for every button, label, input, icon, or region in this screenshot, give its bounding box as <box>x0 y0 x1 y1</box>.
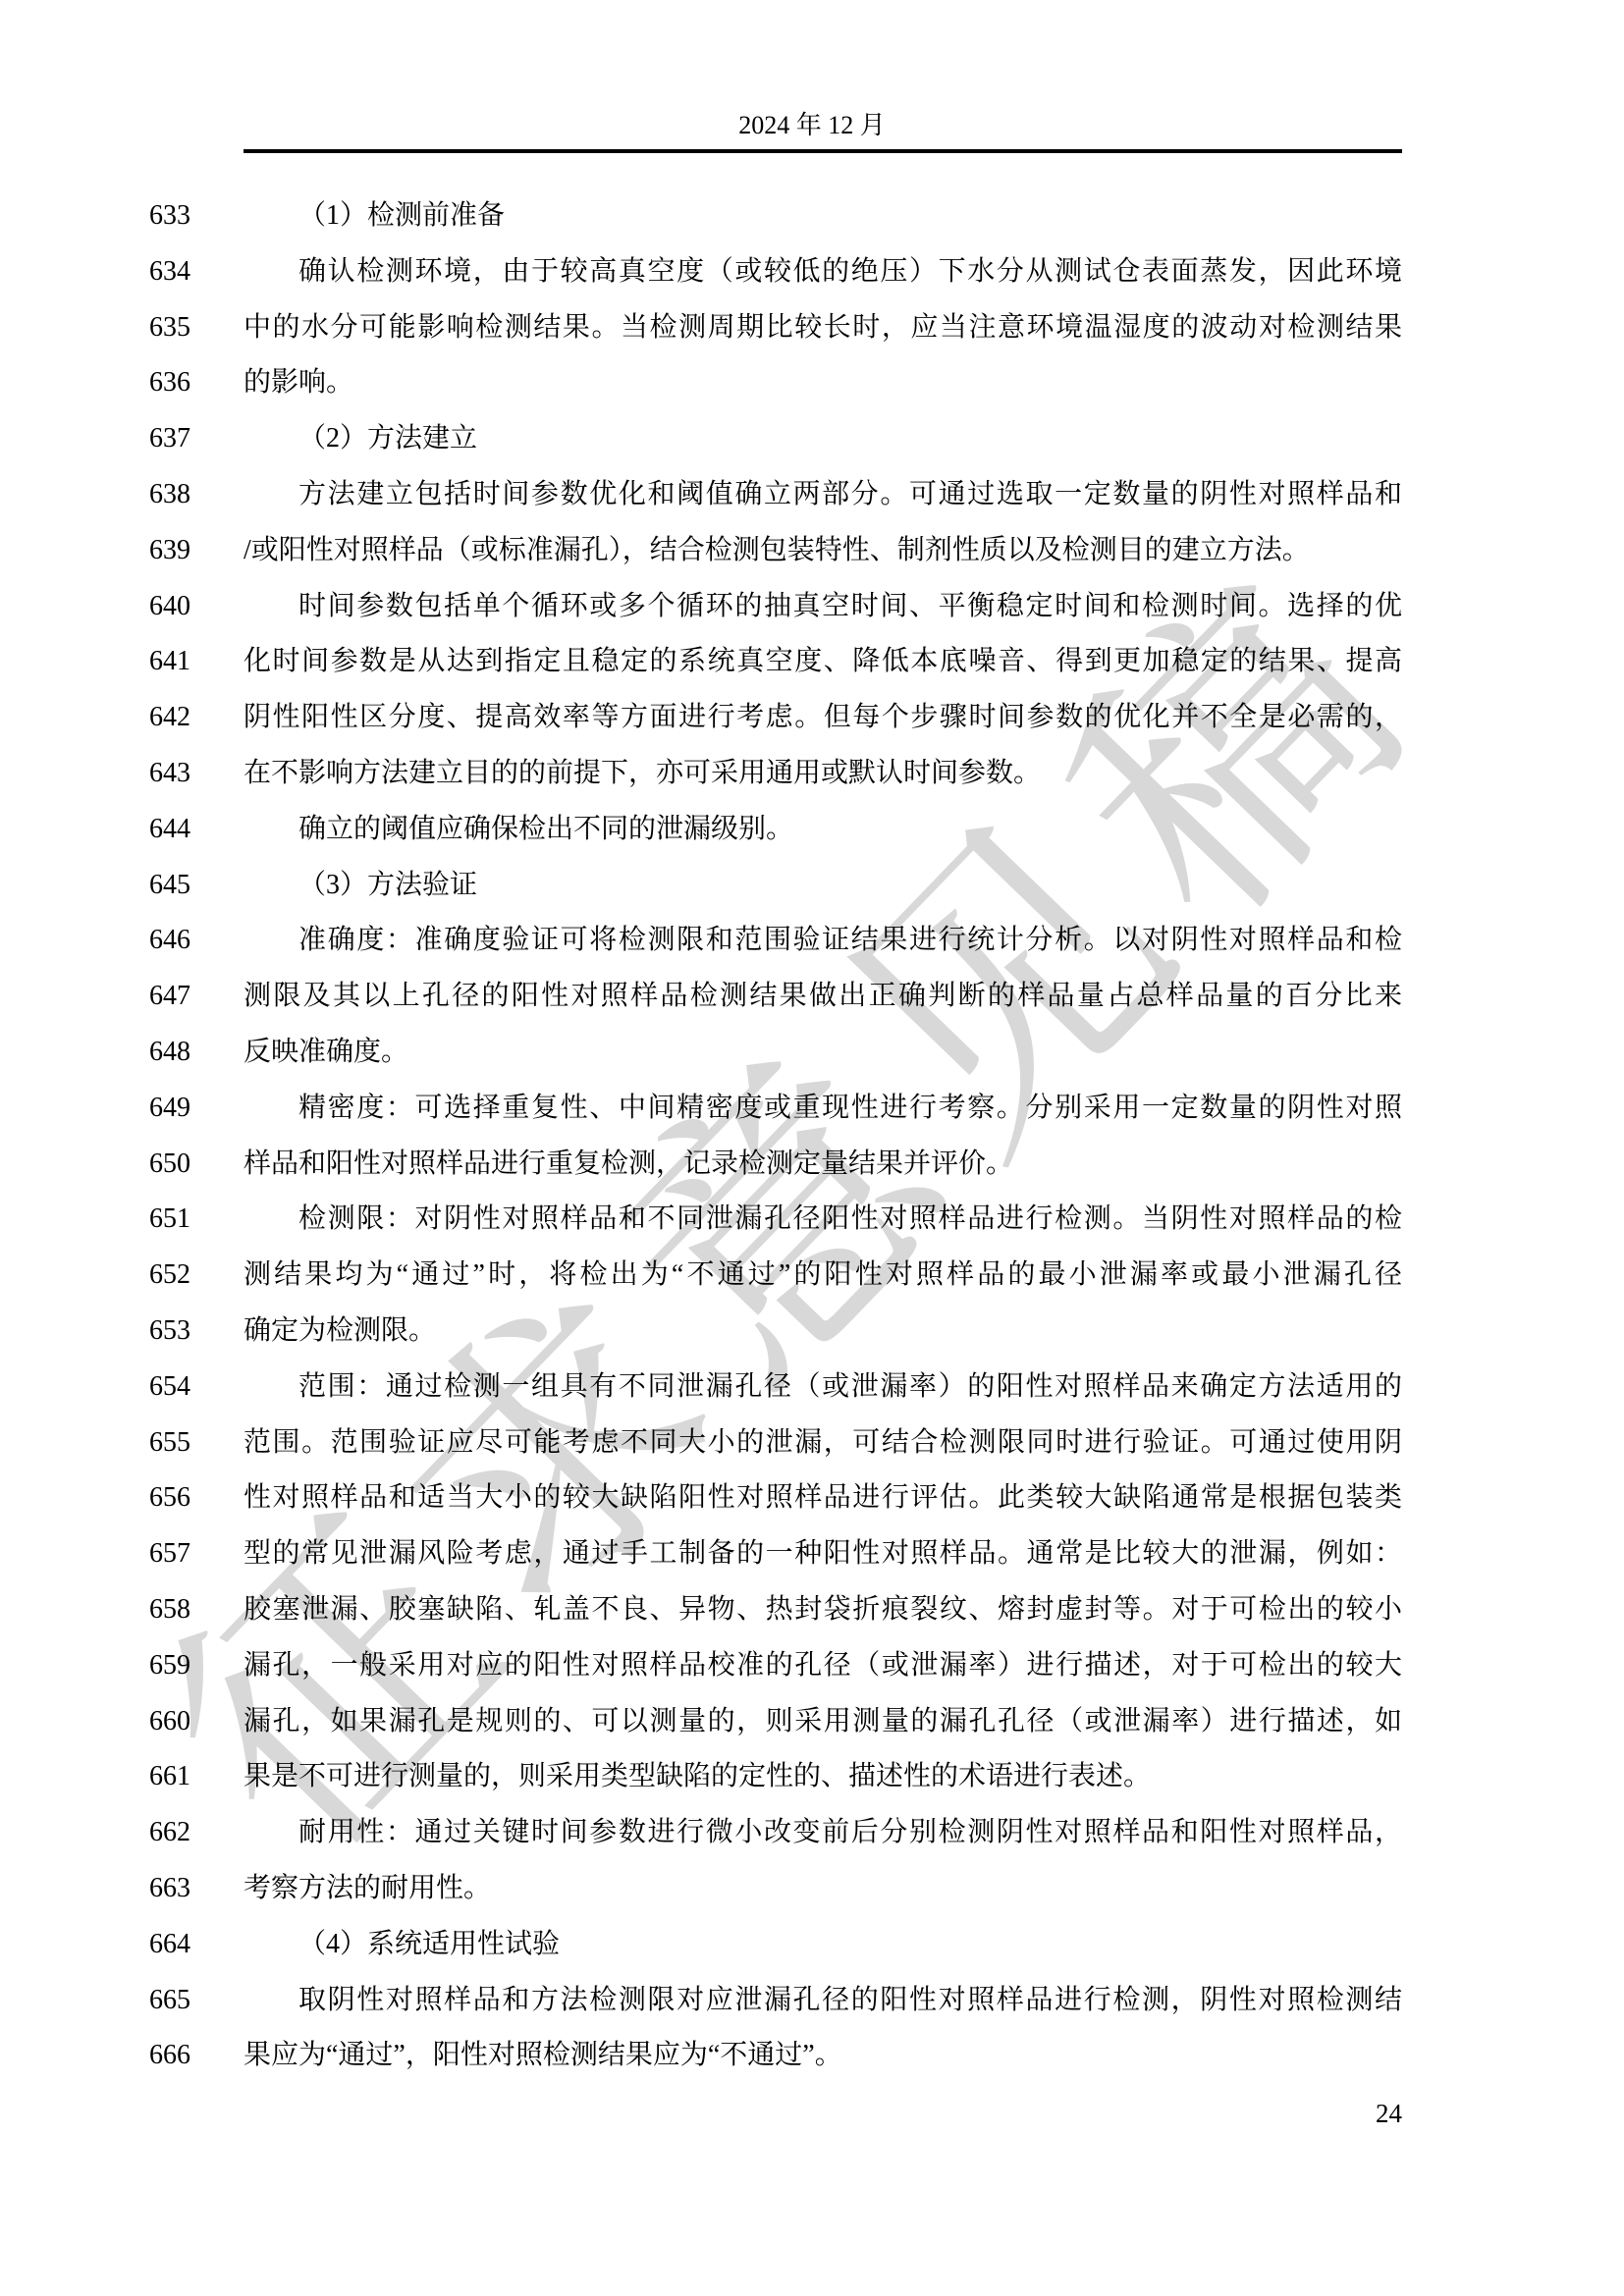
text-line: 640时间参数包括单个循环或多个循环的抽真空时间、平衡稳定时间和检测时间。选择的… <box>0 579 1624 635</box>
line-number: 656 <box>149 1470 190 1526</box>
line-number: 665 <box>149 1973 190 2029</box>
page-number: 24 <box>244 2099 1402 2129</box>
line-number: 654 <box>149 1360 190 1415</box>
text-line: 641化时间参数是从达到指定且稳定的系统真空度、降低本底噪音、得到更加稳定的结果… <box>0 634 1624 690</box>
line-number: 660 <box>149 1694 190 1750</box>
document-body: 633（1）检测前准备634确认检测环境，由于较高真空度（或较低的绝压）下水分从… <box>0 188 1624 2084</box>
line-number: 666 <box>149 2028 190 2084</box>
text-line: 662耐用性：通过关键时间参数进行微小改变前后分别检测阴性对照样品和阳性对照样品… <box>0 1805 1624 1861</box>
text-line: 651检测限：对阴性对照样品和不同泄漏孔径阳性对照样品进行检测。当阴性对照样品的… <box>0 1192 1624 1248</box>
line-text: 型的常见泄漏风险考虑，通过手工制备的一种阳性对照样品。通常是比较大的泄漏，例如： <box>244 1526 1402 1582</box>
line-text: 范围：通过检测一组具有不同泄漏孔径（或泄漏率）的阳性对照样品来确定方法适用的 <box>244 1360 1402 1415</box>
text-line: 646准确度：准确度验证可将检测限和范围验证结果进行统计分析。以对阴性对照样品和… <box>0 913 1624 969</box>
line-number: 661 <box>149 1749 190 1805</box>
text-line: 659漏孔，一般采用对应的阳性对照样品校准的孔径（或泄漏率）进行描述，对于可检出… <box>0 1638 1624 1694</box>
text-line: 635中的水分可能影响检测结果。当检测周期比较长时，应当注意环境温湿度的波动对检… <box>0 300 1624 356</box>
line-number: 664 <box>149 1917 190 1973</box>
line-text: 反映准确度。 <box>244 1025 1402 1081</box>
line-text: 考察方法的耐用性。 <box>244 1861 1402 1917</box>
text-line: 650样品和阳性对照样品进行重复检测，记录检测定量结果并评价。 <box>0 1137 1624 1193</box>
line-number: 648 <box>149 1025 190 1081</box>
line-text: 方法建立包括时间参数优化和阈值确立两部分。可通过选取一定数量的阴性对照样品和 <box>244 467 1402 523</box>
text-line: 649精密度：可选择重复性、中间精密度或重现性进行考察。分别采用一定数量的阴性对… <box>0 1081 1624 1137</box>
text-line: 656性对照样品和适当大小的较大缺陷阳性对照样品进行评估。此类较大缺陷通常是根据… <box>0 1470 1624 1526</box>
line-text: 胶塞泄漏、胶塞缺陷、轧盖不良、异物、热封袋折痕裂纹、熔封虚封等。对于可检出的较小 <box>244 1582 1402 1638</box>
line-number: 644 <box>149 802 190 858</box>
line-number: 645 <box>149 858 190 914</box>
line-number: 653 <box>149 1304 190 1360</box>
line-number: 657 <box>149 1526 190 1582</box>
line-text: 果是不可进行测量的，则采用类型缺陷的定性的、描述性的术语进行表述。 <box>244 1749 1402 1805</box>
text-line: 647测限及其以上孔径的阳性对照样品检测结果做出正确判断的样品量占总样品量的百分… <box>0 969 1624 1025</box>
line-number: 635 <box>149 300 190 356</box>
line-text: 样品和阳性对照样品进行重复检测，记录检测定量结果并评价。 <box>244 1137 1402 1193</box>
text-line: 657型的常见泄漏风险考虑，通过手工制备的一种阳性对照样品。通常是比较大的泄漏，… <box>0 1526 1624 1582</box>
line-number: 655 <box>149 1415 190 1471</box>
text-line: 661果是不可进行测量的，则采用类型缺陷的定性的、描述性的术语进行表述。 <box>0 1749 1624 1805</box>
line-number: 639 <box>149 523 190 579</box>
line-number: 663 <box>149 1861 190 1917</box>
line-text: 漏孔，一般采用对应的阳性对照样品校准的孔径（或泄漏率）进行描述，对于可检出的较大 <box>244 1638 1402 1694</box>
line-text: 范围。范围验证应尽可能考虑不同大小的泄漏，可结合检测限同时进行验证。可通过使用阴 <box>244 1415 1402 1471</box>
line-text: （3）方法验证 <box>244 858 1402 914</box>
line-number: 640 <box>149 579 190 635</box>
text-line: 645（3）方法验证 <box>0 858 1624 914</box>
line-text: 化时间参数是从达到指定且稳定的系统真空度、降低本底噪音、得到更加稳定的结果、提高 <box>244 634 1402 690</box>
line-number: 637 <box>149 411 190 467</box>
line-number: 638 <box>149 467 190 523</box>
line-text: 精密度：可选择重复性、中间精密度或重现性进行考察。分别采用一定数量的阴性对照 <box>244 1081 1402 1137</box>
text-line: 665取阴性对照样品和方法检测限对应泄漏孔径的阳性对照样品进行检测，阴性对照检测… <box>0 1973 1624 2029</box>
text-line: 637（2）方法建立 <box>0 411 1624 467</box>
line-text: 时间参数包括单个循环或多个循环的抽真空时间、平衡稳定时间和检测时间。选择的优 <box>244 579 1402 635</box>
line-number: 646 <box>149 913 190 969</box>
text-line: 660漏孔，如果漏孔是规则的、可以测量的，则采用测量的漏孔孔径（或泄漏率）进行描… <box>0 1694 1624 1750</box>
text-line: 633（1）检测前准备 <box>0 188 1624 244</box>
line-text: （2）方法建立 <box>244 411 1402 467</box>
line-text: 阴性阳性区分度、提高效率等方面进行考虑。但每个步骤时间参数的优化并不全是必需的， <box>244 690 1402 746</box>
line-number: 659 <box>149 1638 190 1694</box>
text-line: 663考察方法的耐用性。 <box>0 1861 1624 1917</box>
text-line: 664（4）系统适用性试验 <box>0 1917 1624 1973</box>
line-number: 658 <box>149 1582 190 1638</box>
line-number: 650 <box>149 1137 190 1193</box>
line-text: 检测限：对阴性对照样品和不同泄漏孔径阳性对照样品进行检测。当阴性对照样品的检 <box>244 1192 1402 1248</box>
line-number: 647 <box>149 969 190 1025</box>
header-rule <box>244 149 1402 153</box>
text-line: 652测结果均为“通过”时，将检出为“不通过”的阳性对照样品的最小泄漏率或最小泄… <box>0 1248 1624 1304</box>
line-text: 漏孔，如果漏孔是规则的、可以测量的，则采用测量的漏孔孔径（或泄漏率）进行描述，如 <box>244 1694 1402 1750</box>
text-line: 634确认检测环境，由于较高真空度（或较低的绝压）下水分从测试仓表面蒸发，因此环… <box>0 244 1624 300</box>
text-line: 636的影响。 <box>0 355 1624 411</box>
line-number: 643 <box>149 746 190 802</box>
line-text: 确认检测环境，由于较高真空度（或较低的绝压）下水分从测试仓表面蒸发，因此环境 <box>244 244 1402 300</box>
line-text: 测限及其以上孔径的阳性对照样品检测结果做出正确判断的样品量占总样品量的百分比来 <box>244 969 1402 1025</box>
text-line: 642阴性阳性区分度、提高效率等方面进行考虑。但每个步骤时间参数的优化并不全是必… <box>0 690 1624 746</box>
text-line: 644确立的阈值应确保检出不同的泄漏级别。 <box>0 802 1624 858</box>
text-line: 639/或阳性对照样品（或标准漏孔），结合检测包装特性、制剂性质以及检测目的建立… <box>0 523 1624 579</box>
text-line: 658胶塞泄漏、胶塞缺陷、轧盖不良、异物、热封袋折痕裂纹、熔封虚封等。对于可检出… <box>0 1582 1624 1638</box>
line-number: 641 <box>149 634 190 690</box>
text-line: 638方法建立包括时间参数优化和阈值确立两部分。可通过选取一定数量的阴性对照样品… <box>0 467 1624 523</box>
line-text: /或阳性对照样品（或标准漏孔），结合检测包装特性、制剂性质以及检测目的建立方法。 <box>244 523 1402 579</box>
line-text: 确立的阈值应确保检出不同的泄漏级别。 <box>244 802 1402 858</box>
line-text: 果应为“通过”，阳性对照检测结果应为“不通过”。 <box>244 2028 1402 2084</box>
line-text: 准确度：准确度验证可将检测限和范围验证结果进行统计分析。以对阴性对照样品和检 <box>244 913 1402 969</box>
line-number: 649 <box>149 1081 190 1137</box>
line-number: 634 <box>149 244 190 300</box>
line-text: （1）检测前准备 <box>244 188 1402 244</box>
line-text: 测结果均为“通过”时，将检出为“不通过”的阳性对照样品的最小泄漏率或最小泄漏孔径 <box>244 1248 1402 1304</box>
line-number: 662 <box>149 1805 190 1861</box>
line-text: 中的水分可能影响检测结果。当检测周期比较长时，应当注意环境温湿度的波动对检测结果 <box>244 300 1402 356</box>
line-text: （4）系统适用性试验 <box>244 1917 1402 1973</box>
document-page: 征求意见稿 2024 年 12 月 633（1）检测前准备634确认检测环境，由… <box>0 0 1624 2296</box>
text-line: 648反映准确度。 <box>0 1025 1624 1081</box>
line-number: 651 <box>149 1192 190 1248</box>
line-text: 性对照样品和适当大小的较大缺陷阳性对照样品进行评估。此类较大缺陷通常是根据包装类 <box>244 1470 1402 1526</box>
text-line: 653确定为检测限。 <box>0 1304 1624 1360</box>
line-text: 确定为检测限。 <box>244 1304 1402 1360</box>
line-text: 的影响。 <box>244 355 1402 411</box>
text-line: 666果应为“通过”，阳性对照检测结果应为“不通过”。 <box>0 2028 1624 2084</box>
line-number: 633 <box>149 188 190 244</box>
text-line: 643在不影响方法建立目的的前提下，亦可采用通用或默认时间参数。 <box>0 746 1624 802</box>
line-text: 取阴性对照样品和方法检测限对应泄漏孔径的阳性对照样品进行检测，阴性对照检测结 <box>244 1973 1402 2029</box>
line-number: 636 <box>149 355 190 411</box>
line-text: 耐用性：通过关键时间参数进行微小改变前后分别检测阴性对照样品和阳性对照样品， <box>244 1805 1402 1861</box>
line-text: 在不影响方法建立目的的前提下，亦可采用通用或默认时间参数。 <box>244 746 1402 802</box>
text-line: 654范围：通过检测一组具有不同泄漏孔径（或泄漏率）的阳性对照样品来确定方法适用… <box>0 1360 1624 1415</box>
text-line: 655范围。范围验证应尽可能考虑不同大小的泄漏，可结合检测限同时进行验证。可通过… <box>0 1415 1624 1471</box>
line-number: 642 <box>149 690 190 746</box>
page-header-date: 2024 年 12 月 <box>0 110 1624 141</box>
line-number: 652 <box>149 1248 190 1304</box>
